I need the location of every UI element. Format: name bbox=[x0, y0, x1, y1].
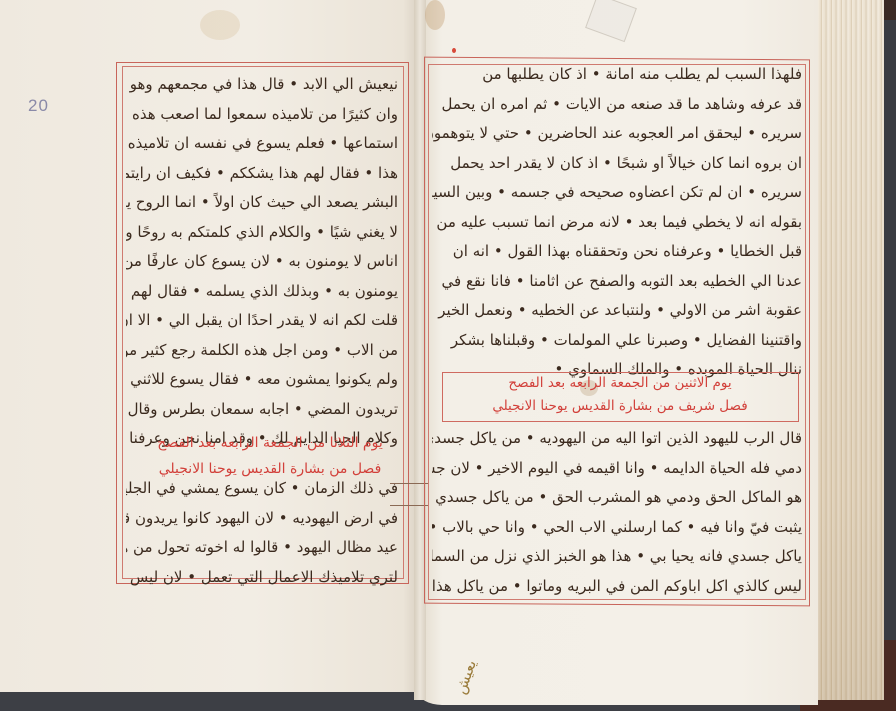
text-line: يثبت فيّ وانا فيه • كما ارسلني الاب الحي… bbox=[432, 513, 802, 543]
text-line: واقتنينا الفضايل • وصبرنا علي المولمات •… bbox=[432, 326, 802, 356]
right-text-block: فلهذا السبب لم يطلب منه امانة • اذ كان ي… bbox=[432, 60, 802, 385]
rubric-line: فصل شريف من بشارة القديس يوحنا الانجيلي bbox=[446, 395, 794, 418]
text-line: وان كثيرًا من تلاميذه سمعوا لما اصعب هذه… bbox=[126, 100, 398, 130]
text-line: قد عرفه وشاهد ما قد صنعه من الايات • ثم … bbox=[432, 90, 802, 120]
text-line: هذا • فقال لهم هذا يشككم • فكيف ان رايتم… bbox=[126, 159, 398, 189]
text-line: سريره • ان لم تكن اعضاوه صحيحه في جسمه •… bbox=[432, 178, 802, 208]
text-line: عقوبة اشر من الاولي • ولنتباعد عن الخطيه… bbox=[432, 296, 802, 326]
text-line: عدنا الي الخطيه بعد التوبه والصفح عن اثا… bbox=[432, 267, 802, 297]
text-line: ليس كالذي اكل اباوكم المن في البريه ومات… bbox=[432, 572, 802, 602]
text-line: هو الماكل الحق ودمي هو المشرب الحق • من … bbox=[432, 483, 802, 513]
red-mark bbox=[452, 48, 456, 53]
folio-number: 20 bbox=[28, 96, 49, 116]
text-line: قال الرب لليهود الذين اتوا اليه من اليهو… bbox=[432, 424, 802, 454]
text-line: البشر يصعد الي حيث كان اولاً • انما الرو… bbox=[126, 188, 398, 218]
text-line: يومنون به • وبذلك الذي يسلمه • فقال لهم … bbox=[126, 277, 398, 307]
paper-stain bbox=[200, 10, 240, 40]
text-line: قلت لكم انه لا يقدر احدًا ان يقبل الي • … bbox=[126, 306, 398, 336]
rubric-line: يوم الاثنين من الجمعة الرابعه بعد الفصح bbox=[446, 372, 794, 395]
text-line: قبل الخطايا • وعرفناه نحن وتحققناه بهذا … bbox=[432, 237, 802, 267]
left-text-block: نيعيش الي الابد • قال هذا في مجمعهم وهو … bbox=[126, 70, 398, 454]
text-line: ان بروه انما كان خيالاً او شبحًا • اذ كا… bbox=[432, 149, 802, 179]
margin-guide-line bbox=[390, 505, 428, 506]
text-line: تريدون المضي • اجابه سمعان بطرس وقال يا … bbox=[126, 395, 398, 425]
text-line: من الاب • ومن اجل هذه الكلمة رجع كثير من… bbox=[126, 336, 398, 366]
text-line: في ذلك الزمان • كان يسوع يمشي في الجليل … bbox=[126, 474, 398, 504]
text-line: لتري تلاميذك الاعمال التي تعمل • لان ليس… bbox=[126, 563, 398, 593]
text-line: لا يغني شيًا • والكلام الذي كلمتكم به رو… bbox=[126, 218, 398, 248]
text-line: اناس لا يومنون به • لان يسوع كان عارفًا … bbox=[126, 247, 398, 277]
text-line: فلهذا السبب لم يطلب منه امانة • اذ كان ي… bbox=[432, 60, 802, 90]
text-line: عيد مظال اليهود • قالوا له اخوته تحول من… bbox=[126, 533, 398, 563]
rubric-line: يوم الثلاثا من الجمعة الرابعه بعد الفصح bbox=[150, 430, 390, 456]
manuscript-photo: 20 نيعيش الي الابد • قال هذا في مجمعهم و… bbox=[0, 0, 896, 711]
text-line: في ارض اليهوديه • لان اليهود كانوا يريدو… bbox=[126, 504, 398, 534]
text-line: دمي فله الحياة الدايمه • وانا اقيمه في ا… bbox=[432, 454, 802, 484]
text-line: ولم يكونوا يمشون معه • فقال يسوع للاثني … bbox=[126, 365, 398, 395]
page-edges-fore-edge bbox=[812, 0, 884, 700]
paper-stain bbox=[425, 0, 445, 30]
text-line: استماعها • فعلم يسوع في نفسه ان تلاميذه … bbox=[126, 129, 398, 159]
text-line: سريره • ليحقق امر العجوبه عند الحاضرين •… bbox=[432, 119, 802, 149]
right-rubric-heading: يوم الاثنين من الجمعة الرابعه بعد الفصح … bbox=[446, 372, 794, 418]
text-line: ياكل جسدي فانه يحيا بي • هذا هو الخبز ال… bbox=[432, 542, 802, 572]
margin-guide-line bbox=[390, 483, 428, 484]
right-text-block-after-rubric: قال الرب لليهود الذين اتوا اليه من اليهو… bbox=[432, 424, 802, 601]
left-text-block-after-rubric: في ذلك الزمان • كان يسوع يمشي في الجليل … bbox=[126, 474, 398, 592]
text-line: بقوله انه لا يخطي فيما بعد • لانه مرض ان… bbox=[432, 208, 802, 238]
text-line: نيعيش الي الابد • قال هذا في مجمعهم وهو … bbox=[126, 70, 398, 100]
